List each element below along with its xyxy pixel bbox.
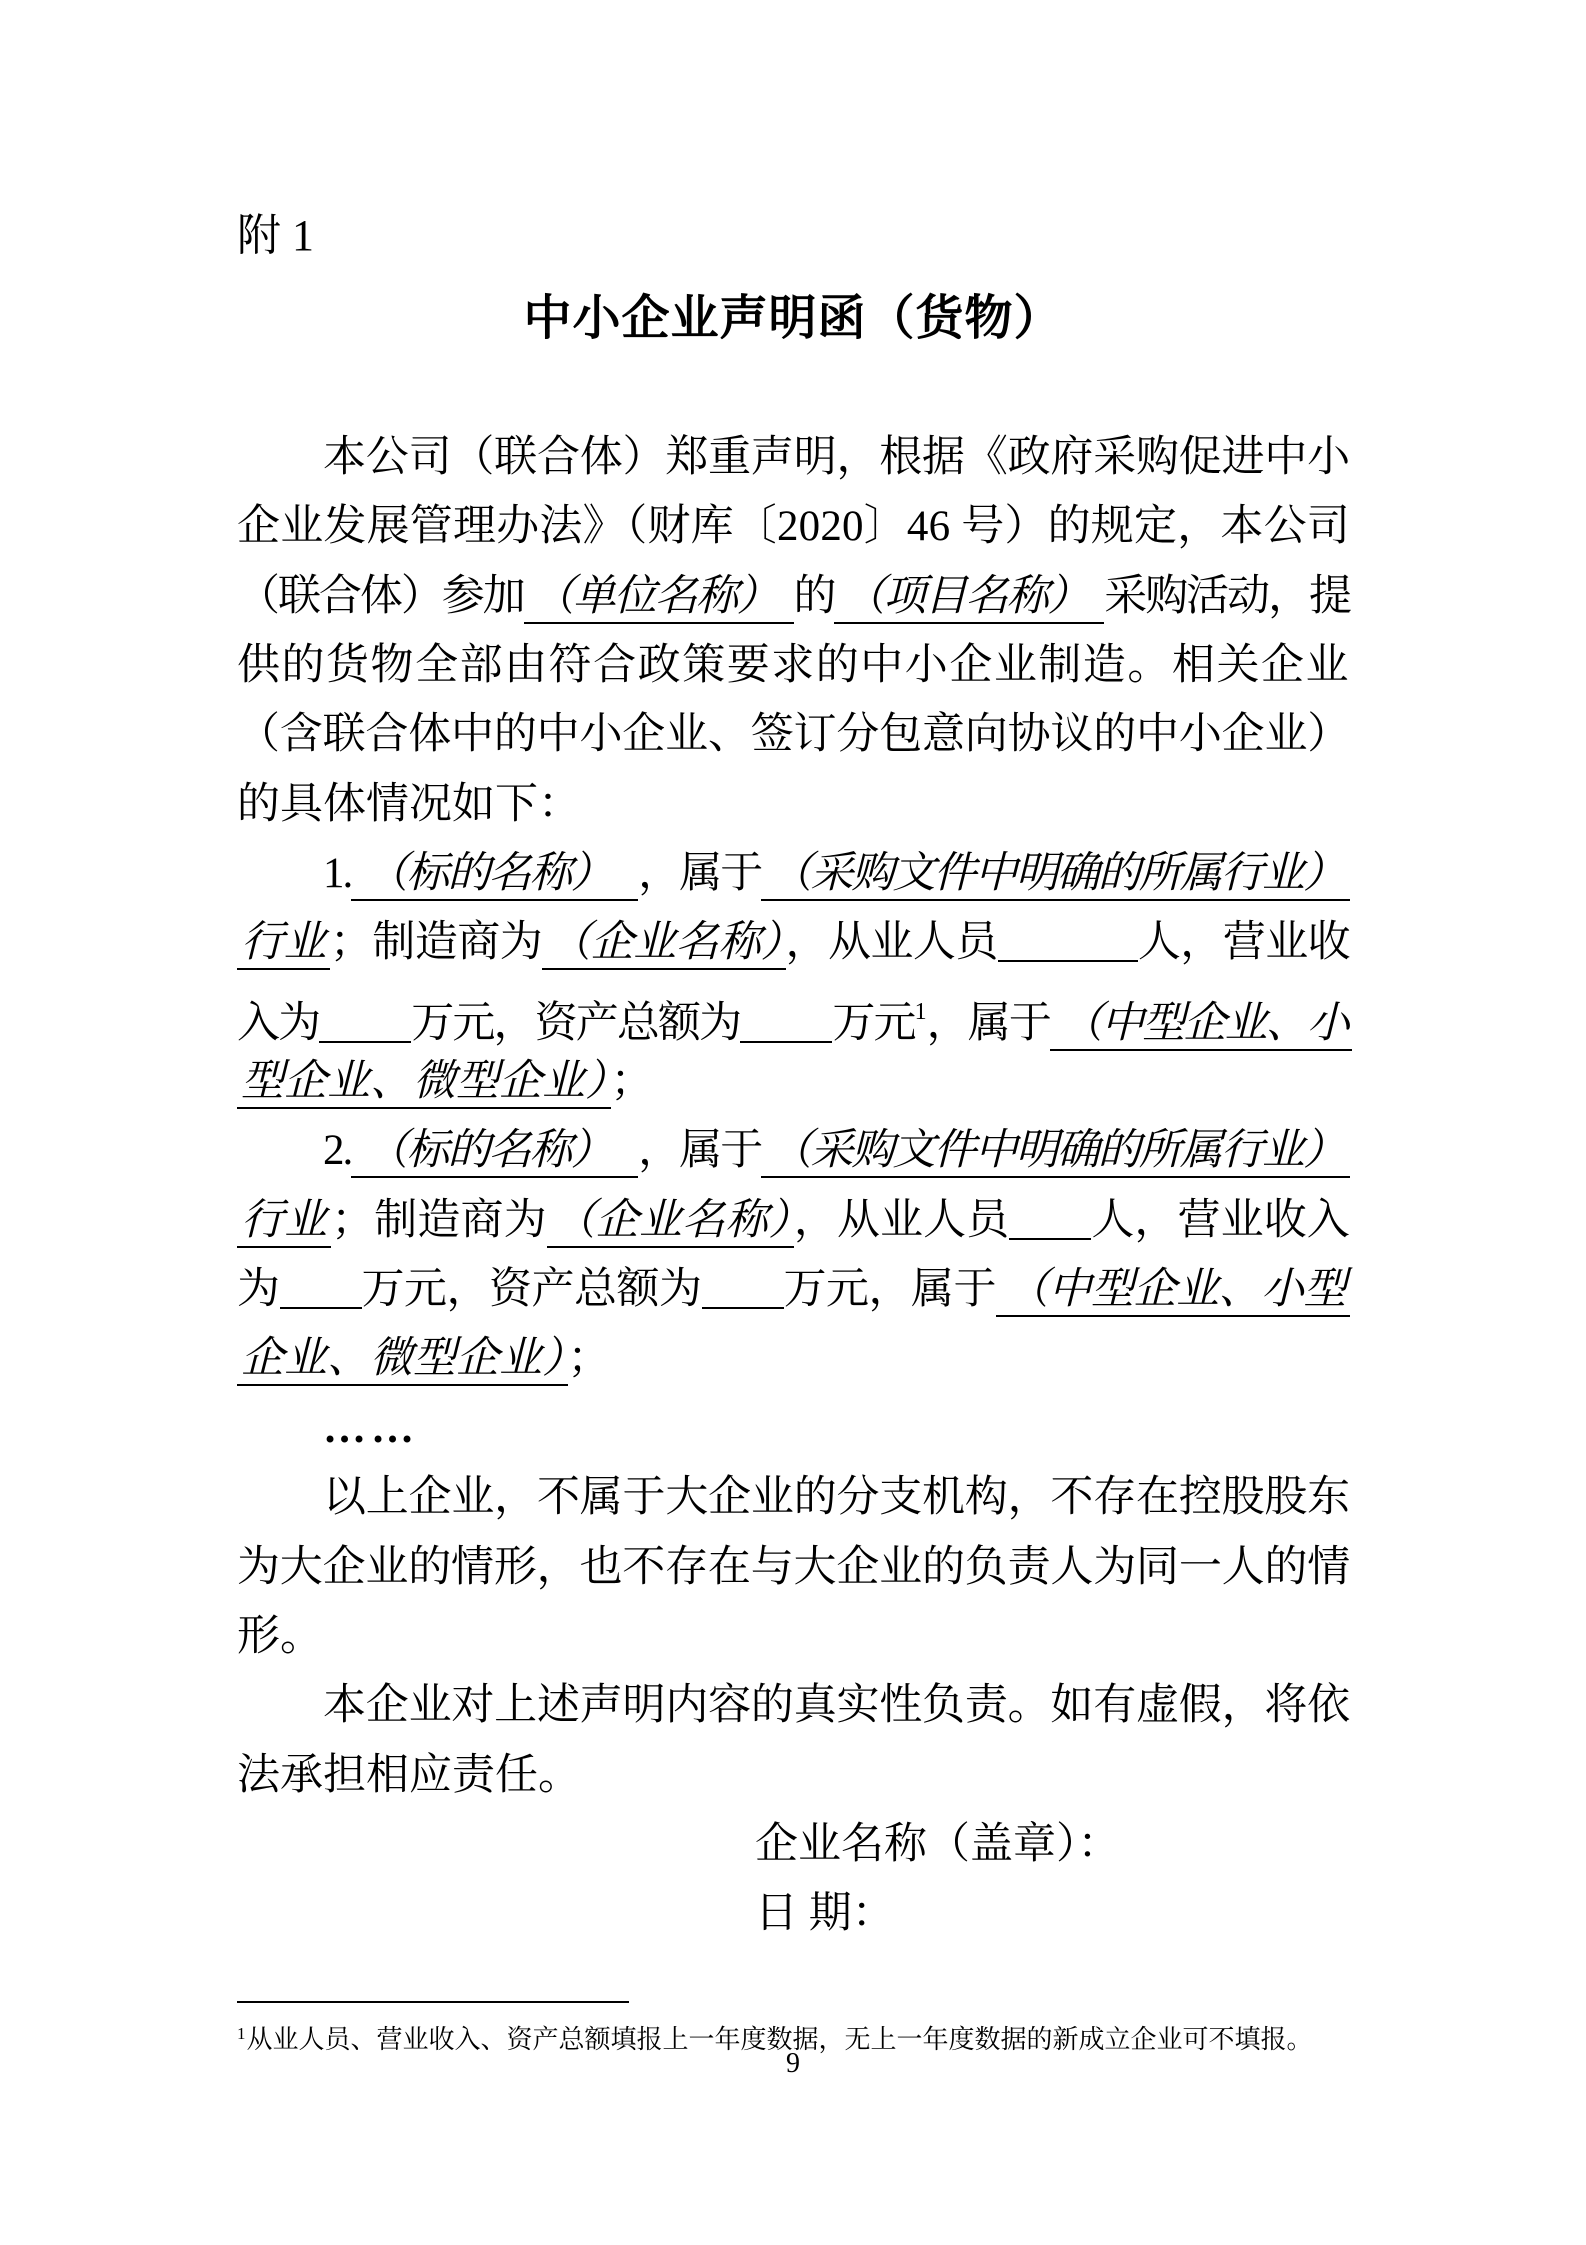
fill-in-blank xyxy=(280,1271,362,1309)
placeholder: 行业 xyxy=(237,1197,331,1248)
text-segment: 形。 xyxy=(237,1613,323,1660)
text-line: 2.（标的名称），属于（采购文件中明确的所属行业） xyxy=(237,1116,1350,1185)
text-segment: （联合体）参加 xyxy=(237,573,524,620)
placeholder: 企业、微型企业） xyxy=(237,1335,568,1386)
document-page: 附 1 中小企业声明函（货物） 本公司（联合体）郑重声明，根据《政府采购促进中小… xyxy=(0,0,1586,2245)
text-segment: ，属于 xyxy=(638,850,761,897)
placeholder: 行业 xyxy=(237,919,330,970)
text-line: 企业、微型企业）； xyxy=(237,1324,1350,1393)
line-content: 企业名称（盖章）： xyxy=(755,1810,1121,1879)
placeholder: （标的名称） xyxy=(351,1127,638,1178)
text-line: 行业；制造商为（企业名称），从业人员人，营业收 xyxy=(237,908,1350,977)
text-segment: 万元，属于 xyxy=(784,1266,997,1313)
placeholder: （企业名称） xyxy=(547,1197,794,1248)
text-segment: ；制造商为 xyxy=(330,919,542,966)
line-content: 本企业对上述声明内容的真实性负责。如有虚假，将依 xyxy=(323,1671,1350,1740)
line-content: 的具体情况如下： xyxy=(237,770,581,839)
text-line: （含联合体中的中小企业、签订分包意向协议的中小企业） xyxy=(237,700,1350,769)
text-line: 本公司（联合体）郑重声明，根据《政府采购促进中小 xyxy=(237,423,1350,492)
text-segment: 2. xyxy=(323,1127,351,1174)
text-segment: 法承担相应责任。 xyxy=(237,1752,581,1799)
line-content: 行业；制造商为（企业名称），从业人员人，营业收 xyxy=(237,908,1350,977)
text-segment: 采购活动，提 xyxy=(1104,573,1350,620)
footnote-ref: 1 xyxy=(915,999,927,1025)
text-line: 行业；制造商为（企业名称），从业人员人，营业收入 xyxy=(237,1186,1350,1255)
line-content: 以上企业，不属于大企业的分支机构，不存在控股股东 xyxy=(323,1463,1350,1532)
line-content: 形。 xyxy=(237,1602,323,1671)
text-segment: 万元，资产总额为 xyxy=(411,1000,740,1047)
text-segment: （含联合体中的中小企业、签订分包意向协议的中小企业） xyxy=(237,711,1350,758)
placeholder: 型企业、微型企业） xyxy=(237,1058,611,1109)
line-content: …… xyxy=(323,1394,419,1463)
line-content: 为大企业的情形，也不存在与大企业的负责人为同一人的情 xyxy=(237,1533,1350,1602)
line-content: 企业、微型企业）； xyxy=(237,1324,611,1393)
line-content: 入为万元，资产总额为万元1，属于（中型企业、小 xyxy=(237,978,1352,1058)
line-content: 为万元，资产总额为万元，属于（中型企业、小型 xyxy=(237,1255,1350,1324)
text-segment: 供的货物全部由符合政策要求的中小企业制造。相关企业 xyxy=(237,642,1350,689)
placeholder: （采购文件中明确的所属行业） xyxy=(761,850,1350,901)
line-content: 企业发展管理办法》（财库〔2020〕46 号）的规定，本公司 xyxy=(237,492,1350,561)
text-line: 以上企业，不属于大企业的分支机构，不存在控股股东 xyxy=(237,1463,1350,1532)
text-line: 企业名称（盖章）： xyxy=(237,1810,1350,1879)
text-segment: 以上企业，不属于大企业的分支机构，不存在控股股东 xyxy=(323,1474,1350,1521)
text-line: 入为万元，资产总额为万元1，属于（中型企业、小 xyxy=(237,978,1350,1047)
text-segment: ，从业人员 xyxy=(794,1197,1010,1244)
line-content: 日 期： xyxy=(755,1879,895,1948)
text-line: 本企业对上述声明内容的真实性负责。如有虚假，将依 xyxy=(237,1671,1350,1740)
line-content: （含联合体中的中小企业、签订分包意向协议的中小企业） xyxy=(237,700,1350,769)
line-content: 1.（标的名称），属于（采购文件中明确的所属行业） xyxy=(323,839,1350,908)
placeholder: （中型企业、小型 xyxy=(996,1266,1350,1317)
placeholder: （采购文件中明确的所属行业） xyxy=(761,1127,1350,1178)
line-content: 2.（标的名称），属于（采购文件中明确的所属行业） xyxy=(323,1116,1350,1185)
text-line: 日 期： xyxy=(237,1879,1350,1948)
text-segment: 企业发展管理办法》（财库〔2020〕46 号）的规定，本公司 xyxy=(237,503,1350,550)
text-segment: 万元 xyxy=(832,1000,914,1047)
page-number: 9 xyxy=(0,2046,1586,2082)
text-line: 1.（标的名称），属于（采购文件中明确的所属行业） xyxy=(237,839,1350,908)
line-content: 法承担相应责任。 xyxy=(237,1741,581,1810)
fill-in-blank xyxy=(1009,1202,1091,1240)
text-segment: 万元，资产总额为 xyxy=(362,1266,702,1313)
text-segment: ，属于 xyxy=(927,1000,1050,1047)
text-segment: 1. xyxy=(323,850,351,897)
text-line: 形。 xyxy=(237,1602,1350,1671)
placeholder: （标的名称） xyxy=(351,850,638,901)
text-line: 为万元，资产总额为万元，属于（中型企业、小型 xyxy=(237,1255,1350,1324)
fill-in-blank xyxy=(702,1271,784,1309)
text-segment: 本企业对上述声明内容的真实性负责。如有虚假，将依 xyxy=(323,1682,1350,1729)
placeholder: （中型企业、小 xyxy=(1050,1000,1352,1051)
fill-in-blank xyxy=(998,924,1138,962)
text-line: （联合体）参加（单位名称）的（项目名称）采购活动，提 xyxy=(237,562,1350,631)
text-segment: 的具体情况如下： xyxy=(237,781,581,828)
text-segment: ，属于 xyxy=(638,1127,761,1174)
text-segment: 入为 xyxy=(237,1000,319,1047)
text-segment: 为 xyxy=(237,1266,280,1313)
text-segment: 为大企业的情形，也不存在与大企业的负责人为同一人的情 xyxy=(237,1544,1350,1591)
text-segment: ； xyxy=(568,1335,611,1382)
text-segment: 企业名称（盖章）： xyxy=(755,1821,1121,1868)
text-line: 供的货物全部由符合政策要求的中小企业制造。相关企业 xyxy=(237,631,1350,700)
footnote-marker: 1 xyxy=(237,2024,247,2043)
text-line: …… xyxy=(237,1394,1350,1463)
text-line: 企业发展管理办法》（财库〔2020〕46 号）的规定，本公司 xyxy=(237,492,1350,561)
text-segment: 本公司（联合体）郑重声明，根据《政府采购促进中小 xyxy=(323,434,1350,481)
line-content: 行业；制造商为（企业名称），从业人员人，营业收入 xyxy=(237,1186,1350,1255)
line-content: 型企业、微型企业）； xyxy=(237,1047,654,1116)
footnote-separator xyxy=(237,2001,629,2003)
page-title: 中小企业声明函（货物） xyxy=(0,288,1586,350)
line-content: 本公司（联合体）郑重声明，根据《政府采购促进中小 xyxy=(323,423,1350,492)
text-segment: 人，营业收 xyxy=(1138,919,1350,966)
text-line: 法承担相应责任。 xyxy=(237,1741,1350,1810)
fill-in-blank xyxy=(319,1005,411,1043)
text-line: 为大企业的情形，也不存在与大企业的负责人为同一人的情 xyxy=(237,1533,1350,1602)
text-segment: 人，营业收入 xyxy=(1091,1197,1350,1244)
attachment-label: 附 1 xyxy=(237,208,314,264)
text-segment: ； xyxy=(611,1058,654,1105)
text-segment: …… xyxy=(323,1405,419,1452)
text-segment: 日 期： xyxy=(755,1890,895,1937)
placeholder: （企业名称） xyxy=(542,919,785,970)
fill-in-blank xyxy=(740,1005,832,1043)
document-body: 本公司（联合体）郑重声明，根据《政府采购促进中小企业发展管理办法》（财库〔202… xyxy=(237,423,1350,1949)
line-content: （联合体）参加（单位名称）的（项目名称）采购活动，提 xyxy=(237,562,1350,631)
placeholder: （项目名称） xyxy=(834,573,1104,624)
placeholder: （单位名称） xyxy=(524,573,794,624)
text-line: 的具体情况如下： xyxy=(237,770,1350,839)
text-segment: ；制造商为 xyxy=(331,1197,547,1244)
text-segment: 的 xyxy=(794,573,835,620)
text-segment: ，从业人员 xyxy=(786,919,998,966)
line-content: 供的货物全部由符合政策要求的中小企业制造。相关企业 xyxy=(237,631,1350,700)
